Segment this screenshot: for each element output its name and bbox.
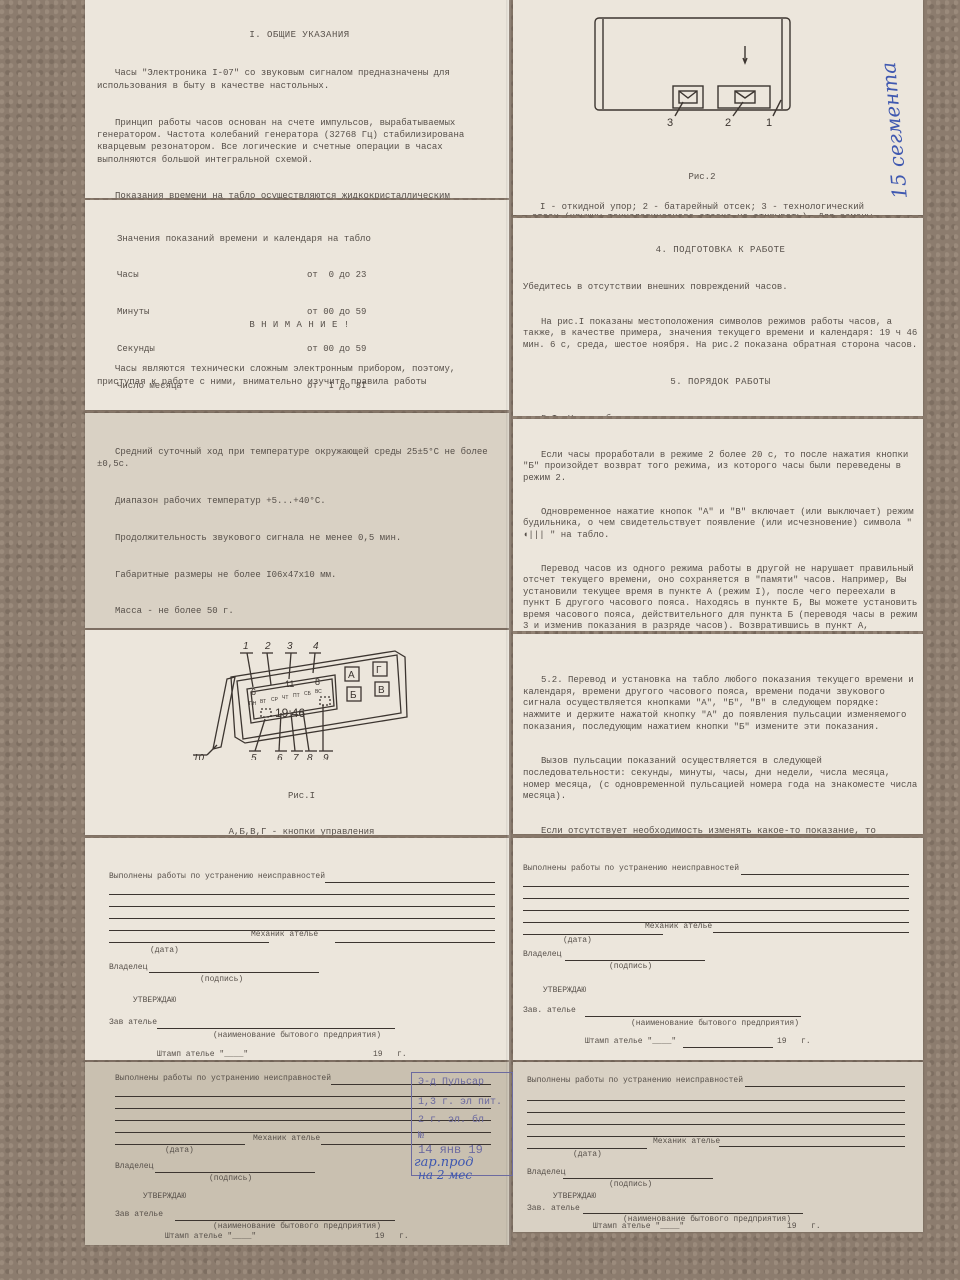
work-done-label: Выполнены работы по устранению неисправн… bbox=[523, 864, 739, 873]
mechanic-line[interactable] bbox=[335, 942, 495, 943]
svg-text:8: 8 bbox=[315, 677, 320, 687]
head-line[interactable] bbox=[157, 1028, 395, 1029]
svg-text:4: 4 bbox=[313, 641, 319, 652]
attention-text: Часы являются технически сложным электро… bbox=[97, 363, 502, 388]
paragraph: Убедитесь в отсутствии внешних поврежден… bbox=[523, 282, 918, 294]
approve-label: УТВЕРЖДАЮ bbox=[553, 1192, 596, 1201]
signature-hint: (подпись) bbox=[609, 1180, 652, 1189]
svg-text:ВТ: ВТ bbox=[260, 699, 266, 705]
head-label: Зав ателье bbox=[115, 1210, 163, 1219]
input-line[interactable] bbox=[745, 1086, 905, 1087]
owner-label: Владелец bbox=[115, 1162, 153, 1171]
svg-text:11: 11 bbox=[285, 679, 294, 689]
input-line[interactable] bbox=[109, 918, 495, 919]
input-line[interactable] bbox=[523, 898, 909, 899]
paragraph: Если отсутствует необходимость изменять … bbox=[523, 826, 918, 834]
mode-details: Если часы проработали в режиме 2 более 2… bbox=[523, 427, 918, 631]
input-line[interactable] bbox=[741, 874, 909, 875]
svg-text:Г: Г bbox=[376, 665, 382, 676]
svg-text:ЧТ: ЧТ bbox=[282, 695, 288, 701]
date-line[interactable] bbox=[683, 1047, 773, 1048]
figure2-title: Рис.2 bbox=[527, 172, 877, 182]
approve-label: УТВЕРЖДАЮ bbox=[543, 986, 586, 995]
svg-text:7: 7 bbox=[293, 753, 299, 760]
attention-title: В Н И М А Н И Е ! bbox=[97, 319, 502, 331]
repair-form-1: Выполнены работы по устранению неисправн… bbox=[85, 838, 509, 1060]
approve-label: УТВЕРЖДАЮ bbox=[133, 996, 176, 1005]
svg-text:3: 3 bbox=[287, 641, 293, 652]
paragraph: Принцип работы часов основан на счете им… bbox=[97, 117, 502, 166]
signature-hint: (подпись) bbox=[200, 975, 243, 984]
input-line[interactable] bbox=[523, 886, 909, 887]
input-line[interactable] bbox=[523, 910, 909, 911]
head-label: Зав. ателье bbox=[527, 1204, 580, 1213]
approve-label: УТВЕРЖДАЮ bbox=[143, 1192, 186, 1201]
repair-form-4: Выполнены работы по устранению неисправн… bbox=[513, 1062, 923, 1232]
svg-text:3: 3 bbox=[667, 117, 673, 129]
input-line[interactable] bbox=[527, 1100, 905, 1101]
year-label: 19 г. bbox=[787, 1222, 821, 1231]
date-line[interactable] bbox=[109, 942, 269, 943]
svg-text:2: 2 bbox=[725, 117, 731, 129]
input-line[interactable] bbox=[109, 906, 495, 907]
year-label: 19 г. bbox=[777, 1037, 811, 1046]
date-line[interactable] bbox=[523, 934, 663, 935]
spec-line: Средний суточный ход при температуре окр… bbox=[97, 446, 507, 471]
mechanic-label: Механик ателье bbox=[251, 930, 318, 939]
svg-text:6: 6 bbox=[277, 753, 283, 760]
stamp-line-label: Штамп ателье "____" bbox=[593, 1222, 684, 1231]
svg-text:А: А bbox=[348, 670, 355, 681]
spec-line: Габаритные размеры не более I06х47х10 мм… bbox=[97, 569, 507, 581]
ranges-title: Значения показаний времени и календаря н… bbox=[117, 233, 497, 245]
panel-figure1: 1 2 3 4 5 6 7 8 9 10 6 11 8 19:46 ПН ВТ … bbox=[85, 630, 509, 835]
figure1-subtitle: А,Б,В,Г - кнопки управления bbox=[99, 826, 504, 835]
enterprise-hint: (наименование бытового предприятия) bbox=[631, 1019, 799, 1028]
svg-text:8: 8 bbox=[307, 753, 313, 760]
section1-title: I. ОБЩИЕ УКАЗАНИЯ bbox=[97, 29, 502, 41]
panel-figure2: 3 2 1 15 сегмента Рис.2 I - откидной упо… bbox=[513, 0, 923, 215]
signature-hint: (подпись) bbox=[609, 962, 652, 971]
input-line[interactable] bbox=[527, 1124, 905, 1125]
svg-text:6: 6 bbox=[251, 687, 256, 697]
panel-preparation-modes: 4. ПОДГОТОВКА К РАБОТЕ Убедитесь в отсут… bbox=[513, 218, 923, 416]
date-hint: (дата) bbox=[150, 946, 179, 955]
figure2-caption: Рис.2 I - откидной упор; 2 - батарейный … bbox=[527, 152, 877, 215]
figure2-legend: I - откидной упор; 2 - батарейный отсек;… bbox=[527, 202, 877, 215]
svg-text:СБ: СБ bbox=[304, 691, 312, 697]
spec-line: Диапазон рабочих температур +5...+40°С. bbox=[97, 495, 507, 507]
paragraph: 5.I. Часы работают в следующих режимах: bbox=[523, 414, 918, 417]
paragraph: Вызов пульсации показаний осуществляется… bbox=[523, 756, 918, 802]
work-done-label: Выполнены работы по устранению неисправн… bbox=[109, 872, 325, 881]
paragraph: Одновременное нажатие кнопок "А" и "В" в… bbox=[523, 507, 918, 541]
mechanic-label: Механик ателье bbox=[253, 1134, 320, 1143]
spec-line: Продолжительность звукового сигнала не м… bbox=[97, 532, 507, 544]
svg-text:СР: СР bbox=[271, 697, 279, 703]
year-label: 19 г. bbox=[375, 1232, 409, 1241]
mechanic-line[interactable] bbox=[713, 932, 909, 933]
svg-text:2: 2 bbox=[264, 641, 271, 652]
paragraph: 5.2. Перевод и установка на табло любого… bbox=[523, 675, 918, 733]
panel-mode-details: Если часы проработали в режиме 2 более 2… bbox=[513, 419, 923, 631]
clock-back-diagram: 3 2 1 bbox=[583, 10, 813, 130]
service-stamp: Э-д Пульсар 1,3 г. эл пит. 2 г. эл. бл №… bbox=[411, 1072, 513, 1176]
head-line[interactable] bbox=[175, 1220, 395, 1221]
signature-hint: (подпись) bbox=[209, 1174, 252, 1183]
svg-text:19:46: 19:46 bbox=[275, 706, 305, 720]
svg-text:9: 9 bbox=[323, 753, 329, 760]
range-row: Часыот 0 до 23 bbox=[117, 269, 497, 281]
date-line[interactable] bbox=[527, 1148, 647, 1149]
specs: Средний суточный ход при температуре окр… bbox=[97, 421, 507, 628]
section4-5: 4. ПОДГОТОВКА К РАБОТЕ Убедитесь в отсут… bbox=[523, 220, 918, 416]
paragraph: Часы "Электроника I-07" со звуковым сигн… bbox=[97, 67, 502, 92]
owner-line[interactable] bbox=[563, 1178, 713, 1179]
paragraph: Перевод часов из одного режима работы в … bbox=[523, 564, 918, 631]
clock-front-diagram: 1 2 3 4 5 6 7 8 9 10 6 11 8 19:46 ПН ВТ … bbox=[185, 635, 425, 760]
year-label: 19 г. bbox=[373, 1050, 407, 1059]
panel-ranges-technical: Значения показаний времени и календаря н… bbox=[85, 200, 509, 410]
head-label: Зав ателье bbox=[109, 1018, 157, 1027]
section1: I. ОБЩИЕ УКАЗАНИЯ Часы "Электроника I-07… bbox=[97, 2, 502, 198]
setting-instructions: 5.2. Перевод и установка на табло любого… bbox=[523, 652, 918, 834]
section4-title: 4. ПОДГОТОВКА К РАБОТЕ bbox=[523, 245, 918, 257]
enterprise-hint: (наименование бытового предприятия) bbox=[213, 1222, 381, 1231]
svg-text:Б: Б bbox=[350, 690, 357, 701]
svg-text:10: 10 bbox=[193, 753, 205, 760]
date-hint: (дата) bbox=[165, 1146, 194, 1155]
date-hint: (дата) bbox=[563, 936, 592, 945]
figure1-title: Рис.I bbox=[99, 790, 504, 802]
head-line[interactable] bbox=[583, 1213, 803, 1214]
input-line[interactable] bbox=[527, 1112, 905, 1113]
owner-line[interactable] bbox=[565, 960, 705, 961]
handwritten-note: 15 сегмента bbox=[876, 61, 912, 200]
svg-text:ВС: ВС bbox=[315, 689, 322, 695]
owner-label: Владелец bbox=[527, 1168, 565, 1177]
work-done-label: Выполнены работы по устранению неисправн… bbox=[527, 1076, 743, 1085]
repair-form-2: Выполнены работы по устранению неисправн… bbox=[513, 838, 923, 1060]
mechanic-line[interactable] bbox=[719, 1146, 905, 1147]
work-done-label: Выполнены работы по устранению неисправн… bbox=[115, 1074, 331, 1083]
passport-sheet: I. ОБЩИЕ УКАЗАНИЯ Часы "Электроника I-07… bbox=[85, 0, 923, 1245]
panel-setting: 5.2. Перевод и установка на табло любого… bbox=[513, 634, 923, 834]
svg-text:ПН: ПН bbox=[249, 701, 257, 707]
fold-line bbox=[506, 0, 512, 1245]
input-line[interactable] bbox=[325, 882, 495, 883]
paragraph: Показания времени на табло осуществляютс… bbox=[97, 190, 502, 198]
head-line[interactable] bbox=[585, 1016, 801, 1017]
section5-title: 5. ПОРЯДОК РАБОТЫ bbox=[523, 377, 918, 389]
svg-text:В: В bbox=[378, 685, 385, 696]
stamp-line-label: Штамп ателье "____" bbox=[585, 1037, 676, 1046]
owner-line[interactable] bbox=[149, 972, 319, 973]
date-line[interactable] bbox=[115, 1144, 245, 1145]
date-hint: (дата) bbox=[573, 1150, 602, 1159]
input-line[interactable] bbox=[523, 922, 909, 923]
svg-text:1: 1 bbox=[243, 641, 249, 652]
paragraph: На рис.I показаны местоположения символо… bbox=[523, 317, 918, 352]
paragraph: Если часы проработали в режиме 2 более 2… bbox=[523, 450, 918, 484]
svg-text:1: 1 bbox=[766, 117, 772, 129]
owner-label: Владелец bbox=[109, 963, 147, 972]
spec-line: Масса - не более 50 г. bbox=[97, 605, 507, 617]
svg-text:ПТ: ПТ bbox=[293, 693, 300, 699]
panel-general-instructions: I. ОБЩИЕ УКАЗАНИЯ Часы "Электроника I-07… bbox=[85, 0, 509, 198]
svg-text:5: 5 bbox=[251, 753, 257, 760]
attention-block: В Н И М А Н И Е ! Часы являются техничес… bbox=[97, 290, 502, 410]
enterprise-hint: (наименование бытового предприятия) bbox=[213, 1031, 381, 1040]
stamp-line-label: Штамп ателье "____" bbox=[165, 1232, 256, 1241]
panel-specs-contents: Средний суточный ход при температуре окр… bbox=[85, 413, 509, 628]
head-label: Зав. ателье bbox=[523, 1006, 576, 1015]
owner-line[interactable] bbox=[155, 1172, 315, 1173]
input-line[interactable] bbox=[109, 894, 495, 895]
owner-label: Владелец bbox=[523, 950, 561, 959]
mechanic-label: Механик ателье bbox=[653, 1137, 720, 1146]
figure1-caption: Рис.I А,Б,В,Г - кнопки управления I - чи… bbox=[99, 765, 504, 835]
mechanic-label: Механик ателье bbox=[645, 922, 712, 931]
stamp-line-label: Штамп ателье "____" bbox=[157, 1050, 248, 1059]
